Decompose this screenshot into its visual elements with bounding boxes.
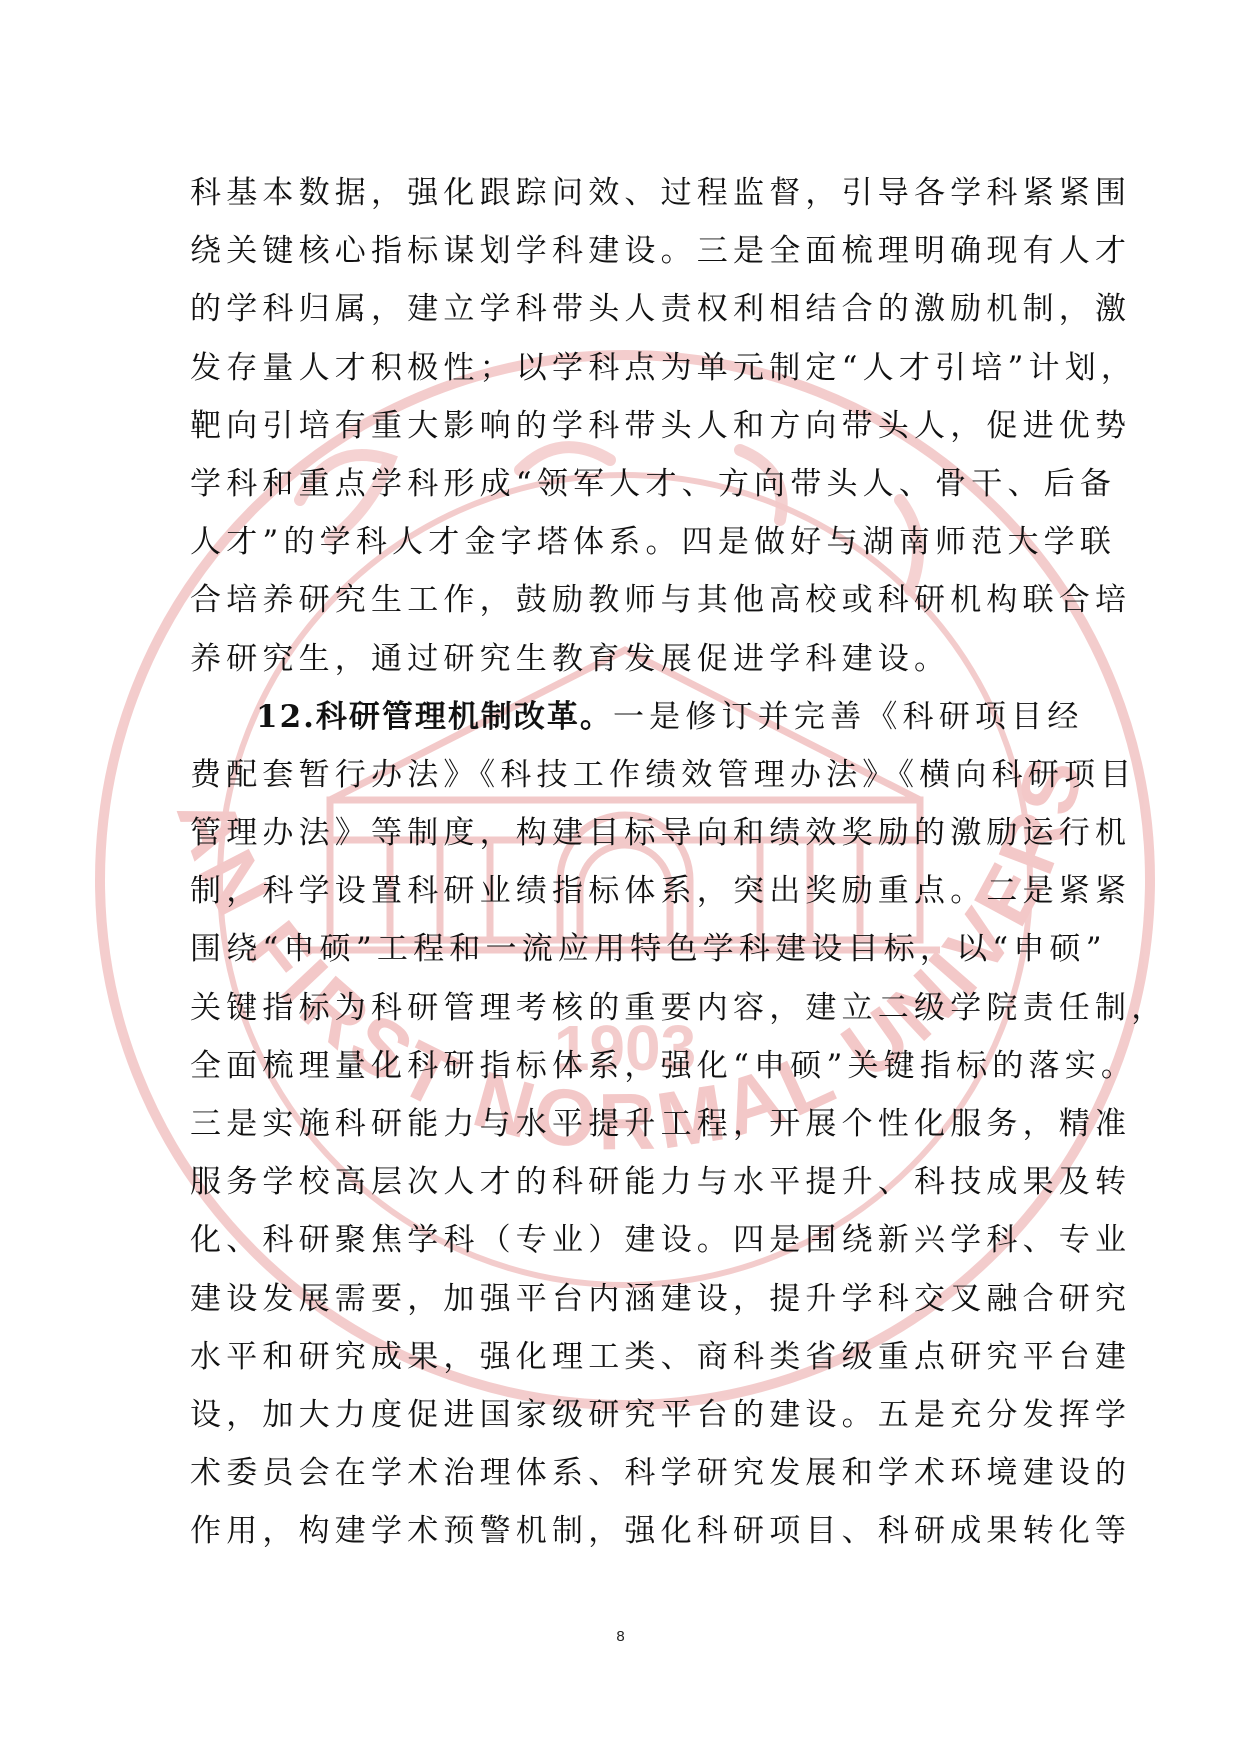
section-heading-line: 12.科研管理机制改革。一是修订并完善《科研项目经 <box>190 688 1052 746</box>
text-line: 建设发展需要，加强平台内涵建设，提升学科交叉融合研究 <box>190 1270 1052 1328</box>
text-line: 三是实施科研能力与水平提升工程，开展个性化服务，精准 <box>190 1095 1052 1153</box>
text-line: 人才”的学科人才金字塔体系。四是做好与湖南师范大学联 <box>190 513 1052 571</box>
text-line: 科基本数据，强化跟踪问效、过程监督，引导各学科紧紧围 <box>190 164 1052 222</box>
page-number: 8 <box>0 1628 1241 1645</box>
text-line: 服务学校高层次人才的科研能力与水平提升、科技成果及转 <box>190 1153 1052 1211</box>
text-line: 作用，构建学术预警机制，强化科研项目、科研成果转化等 <box>190 1502 1052 1560</box>
text-line: 养研究生，通过研究生教育发展促进学科建设。 <box>190 630 1052 688</box>
document-body: 科基本数据，强化跟踪问效、过程监督，引导各学科紧紧围 绕关键核心指标谋划学科建设… <box>190 164 1052 1561</box>
text-line: 的学科归属，建立学科带头人责权利相结合的激励机制，激 <box>190 280 1052 338</box>
text-line: 发存量人才积极性；以学科点为单元制定“人才引培”计划， <box>190 339 1052 397</box>
text-line: 设，加大力度促进国家级研究平台的建设。五是充分发挥学 <box>190 1386 1052 1444</box>
text-line: 靶向引培有重大影响的学科带头人和方向带头人，促进优势 <box>190 397 1052 455</box>
text-line: 费配套暂行办法》《科技工作绩效管理办法》《横向科研项目 <box>190 746 1052 804</box>
text-line: 一是修订并完善《科研项目经 <box>613 699 1084 735</box>
text-line: 合培养研究生工作，鼓励教师与其他高校或科研机构联合培 <box>190 571 1052 629</box>
text-line: 制，科学设置科研业绩指标体系，突出奖励重点。二是紧紧 <box>190 862 1052 920</box>
text-line: 管理办法》等制度，构建目标导向和绩效奖励的激励运行机 <box>190 804 1052 862</box>
text-line: 关键指标为科研管理考核的重要内容，建立二级学院责任制， <box>190 979 1052 1037</box>
text-line: 绕关键核心指标谋划学科建设。三是全面梳理明确现有人才 <box>190 222 1052 280</box>
section-heading: 12.科研管理机制改革。 <box>256 699 613 735</box>
text-line: 学科和重点学科形成“领军人才、方向带头人、骨干、后备 <box>190 455 1052 513</box>
text-line: 化、科研聚焦学科（专业）建设。四是围绕新兴学科、专业 <box>190 1211 1052 1269</box>
text-line: 围绕“申硕”工程和一流应用特色学科建设目标，以“申硕” <box>190 920 1052 978</box>
text-line: 水平和研究成果，强化理工类、商科类省级重点研究平台建 <box>190 1328 1052 1386</box>
text-line: 术委员会在学术治理体系、科学研究发展和学术环境建设的 <box>190 1444 1052 1502</box>
text-line: 全面梳理量化科研指标体系，强化“申硕”关键指标的落实。 <box>190 1037 1052 1095</box>
